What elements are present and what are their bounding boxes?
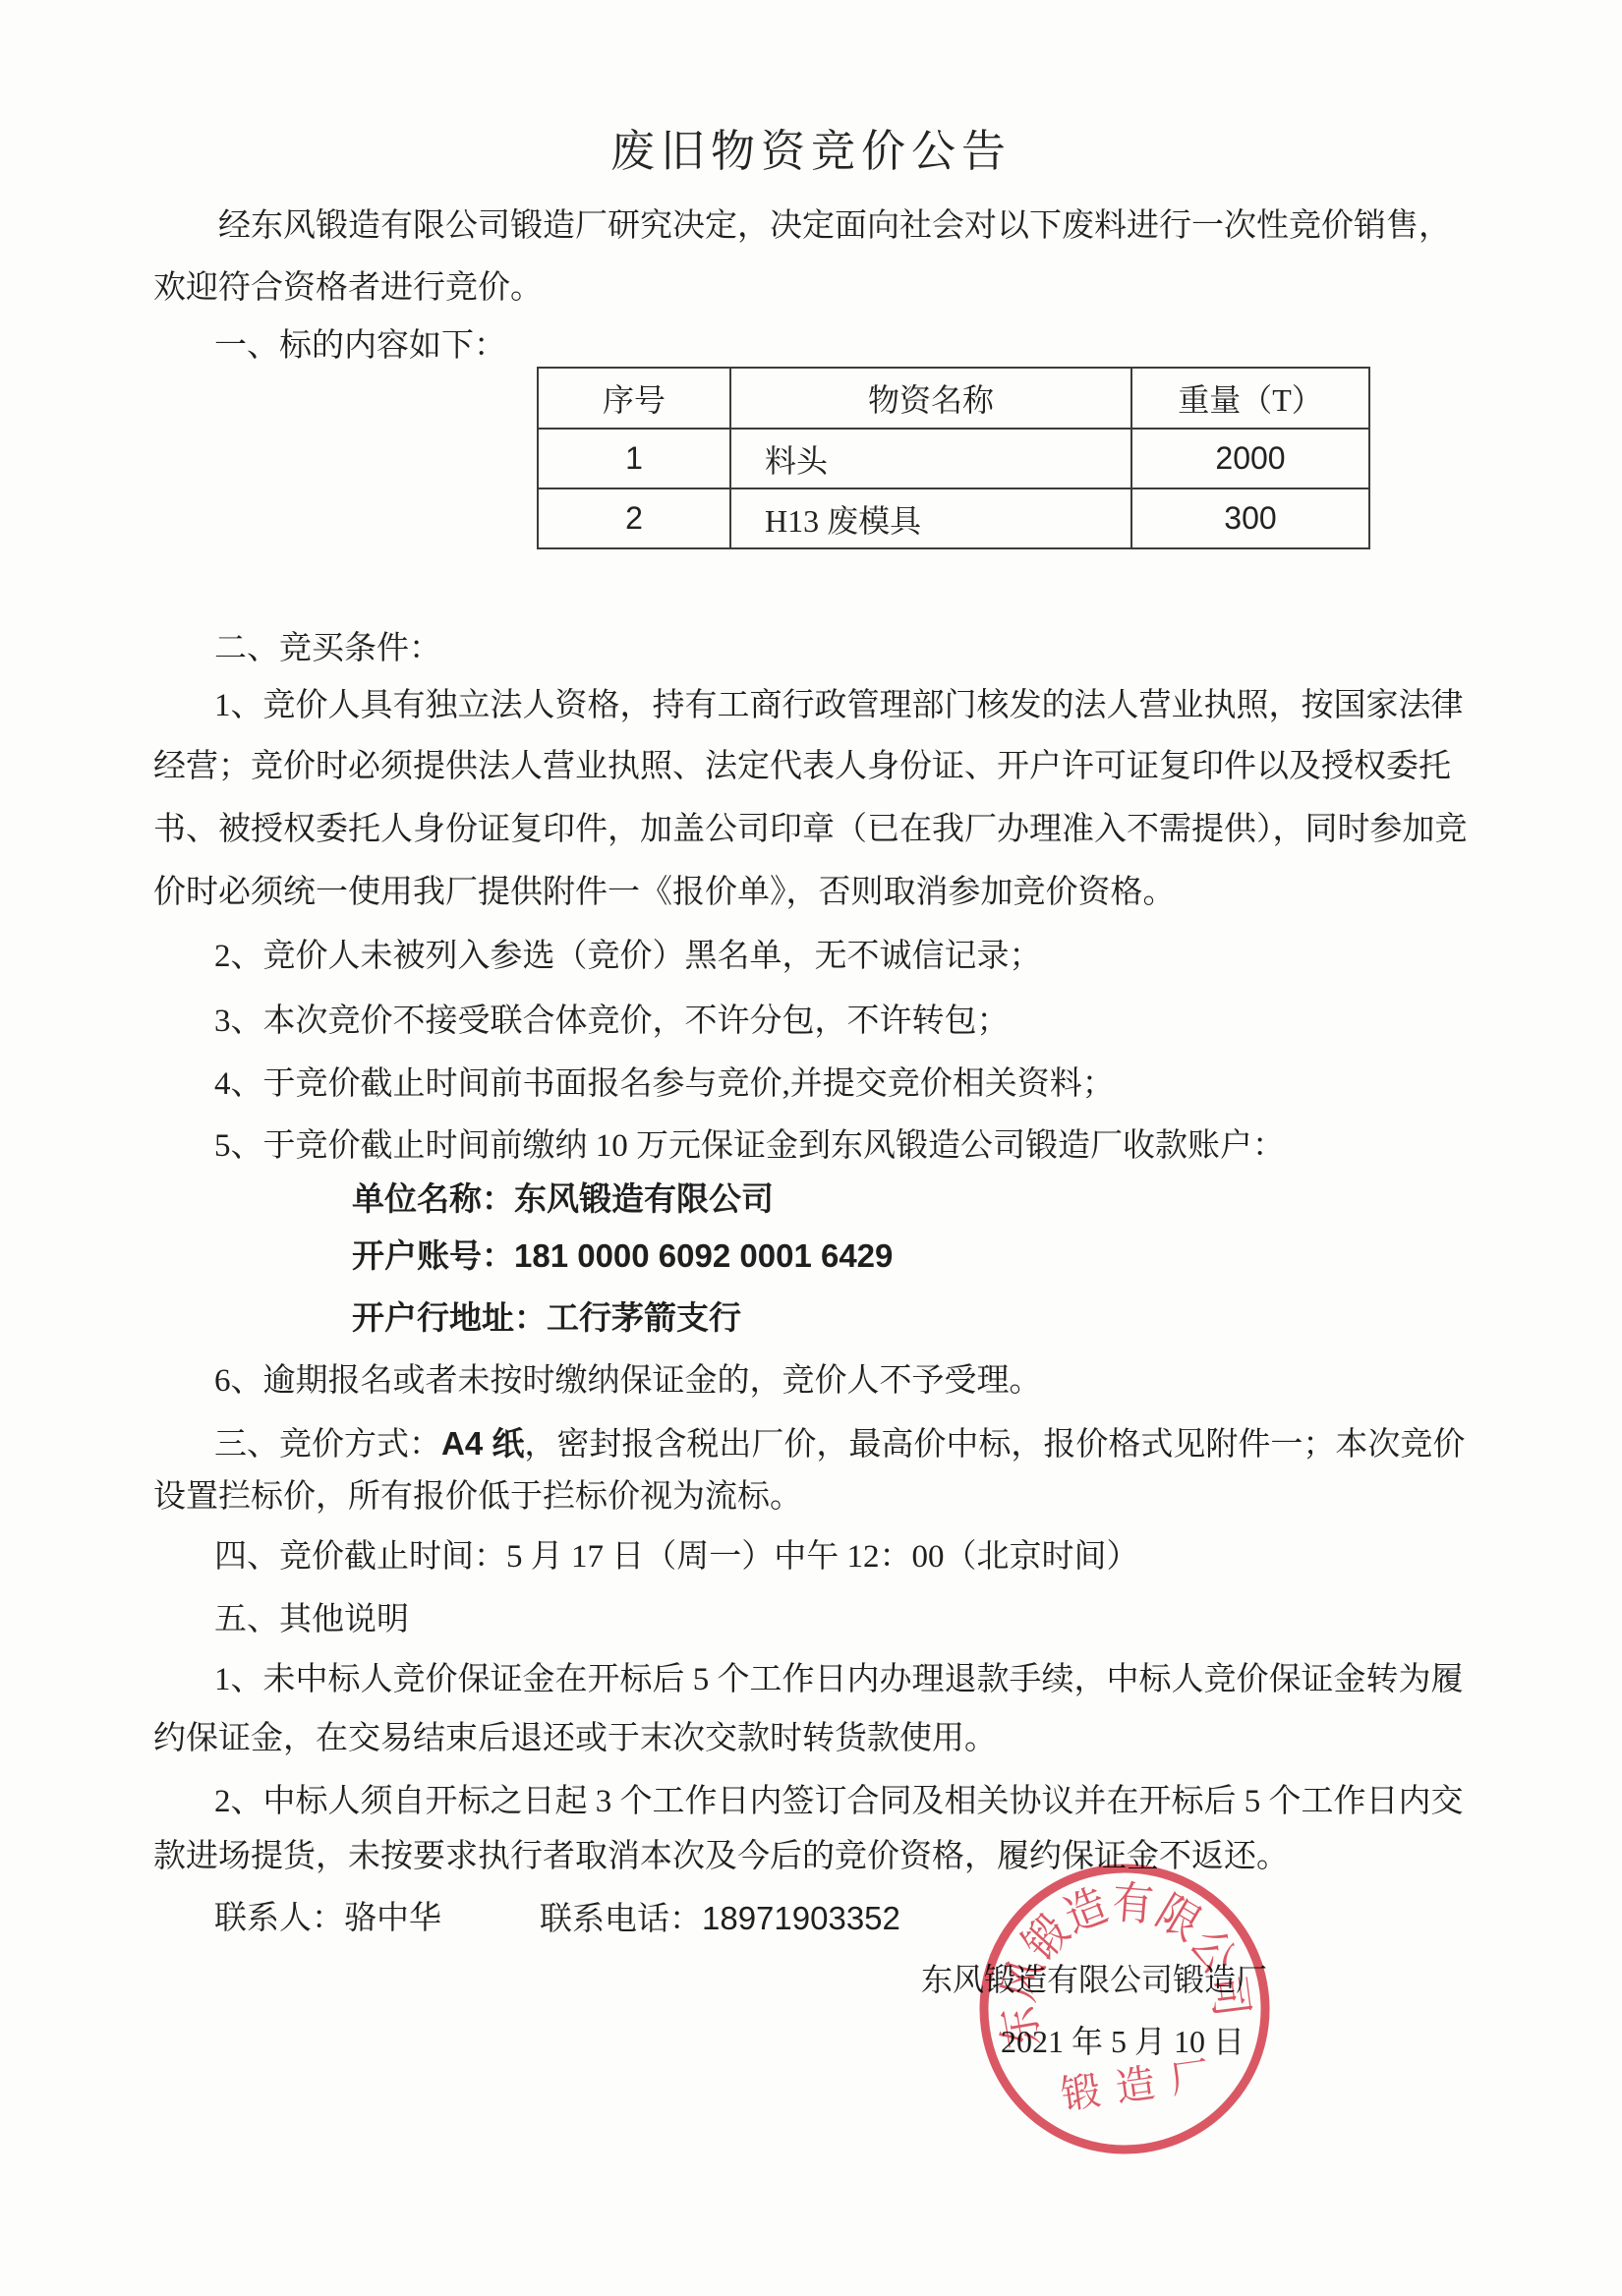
intro-line-2: 欢迎符合资格者进行竞价。 (153, 266, 543, 310)
section3-line1: 三、竞价方式：A4 纸，密封报含税出厂价，最高价中标，报价格式见附件一；本次竞价 (214, 1422, 1465, 1466)
section2-item1-line3: 书、被授权委托人身份证复印件，加盖公司印章（已在我厂办理准入不需提供），同时参加… (153, 808, 1468, 851)
cell-weight: 2000 (1131, 429, 1369, 488)
cell-seq: 2 (538, 488, 730, 548)
section2-item3: 3、本次竞价不接受联合体竞价，不许分包，不许转包； (214, 1000, 1010, 1043)
signature-date: 2021 年 5 月 10 日 (1001, 2020, 1245, 2063)
bank-company-line: 单位名称：东风锻造有限公司 (352, 1177, 774, 1221)
section2-item1-line1: 1、竞价人具有独立法人资格，持有工商行政管理部门核发的法人营业执照，按国家法律 (214, 684, 1464, 727)
section5-item2-line1: 2、中标人须自开标之日起 3 个工作日内签订合同及相关协议并在开标后 5 个工作… (214, 1780, 1464, 1823)
section1-heading: 一、标的内容如下： (214, 324, 506, 368)
table-row: 2 H13 废模具 300 (538, 488, 1369, 548)
bank-account-label: 开户账号： (352, 1237, 514, 1274)
section3-line2: 设置拦标价，所有报价低于拦标价视为流标。 (153, 1475, 802, 1519)
cell-name: H13 废模具 (730, 488, 1131, 548)
header-weight: 重量（T） (1131, 368, 1369, 429)
table-header-row: 序号 物资名称 重量（T） (538, 368, 1369, 429)
contact-phone-group: 联系电话：18971903352 (540, 1897, 900, 1941)
bank-branch-line: 开户行地址：工行茅箭支行 (352, 1296, 741, 1340)
section2-heading: 二、竞买条件： (214, 627, 441, 670)
contact-person: 联系人：骆中华 (214, 1901, 441, 1936)
section3-bold-segment: A4 纸 (441, 1425, 524, 1462)
section2-item6: 6、逾期报名或者未按时缴纳保证金的，竞价人不予受理。 (214, 1359, 1042, 1403)
section5-item2-line2: 款进场提货，未按要求执行者取消本次及今后的竞价资格，履约保证金不返还。 (153, 1835, 1289, 1878)
document-page: 废旧物资竞价公告 经东风锻造有限公司锻造厂研究决定，决定面向社会对以下废料进行一… (0, 0, 1622, 2296)
contact-line: 联系人：骆中华 联系电话：18971903352 (214, 1897, 1099, 1940)
contact-phone-label: 联系电话： (540, 1902, 702, 1937)
section2-item4: 4、于竞价截止时间前书面报名参与竞价,并提交竞价相关资料； (214, 1062, 1115, 1106)
section3-line1-rest: ，密封报含税出厂价，最高价中标，报价格式见附件一；本次竞价 (524, 1427, 1465, 1463)
section2-item1-line4: 价时必须统一使用我厂提供附件一《报价单》，否则取消参加竞价资格。 (153, 871, 1176, 914)
section3-prefix: 三、竞价方式： (214, 1427, 441, 1463)
bank-account-number: 181 0000 6092 0001 6429 (514, 1237, 893, 1274)
company-seal: 东风锻造有限公司 锻造厂 (962, 1847, 1287, 2171)
cell-name: 料头 (730, 429, 1131, 488)
intro-line-1: 经东风锻造有限公司锻造厂研究决定，决定面向社会对以下废料进行一次性竞价销售， (218, 204, 1451, 248)
bank-account-line: 开户账号：181 0000 6092 0001 6429 (352, 1234, 893, 1279)
section2-item2: 2、竞价人未被列入参选（竞价）黑名单，无不诚信记录； (214, 935, 1042, 978)
cell-weight: 300 (1131, 488, 1369, 548)
section5-item1-line1: 1、未中标人竞价保证金在开标后 5 个工作日内办理退款手续，中标人竞价保证金转为… (214, 1658, 1464, 1701)
section5-item1-line2: 约保证金，在交易结束后退还或于末次交款时转货款使用。 (153, 1717, 997, 1760)
section4-heading: 四、竞价截止时间：5 月 17 日（周一）中午 12：00（北京时间） (214, 1535, 1139, 1578)
items-table: 序号 物资名称 重量（T） 1 料头 2000 2 H13 废模具 300 (537, 367, 1370, 549)
page-title: 废旧物资竞价公告 (0, 126, 1622, 177)
header-name: 物资名称 (730, 368, 1131, 429)
contact-phone-number: 18971903352 (702, 1900, 900, 1936)
header-seq: 序号 (538, 368, 730, 429)
section2-item5: 5、于竞价截止时间前缴纳 10 万元保证金到东风锻造公司锻造厂收款账户： (214, 1124, 1285, 1168)
signature-org: 东风锻造有限公司锻造厂 (921, 1958, 1267, 2001)
table-row: 1 料头 2000 (538, 429, 1369, 488)
section5-heading: 五、其他说明 (214, 1598, 409, 1641)
cell-seq: 1 (538, 429, 730, 488)
section2-item1-line2: 经营；竞价时必须提供法人营业执照、法定代表人身份证、开户许可证复印件以及授权委托 (153, 745, 1451, 788)
